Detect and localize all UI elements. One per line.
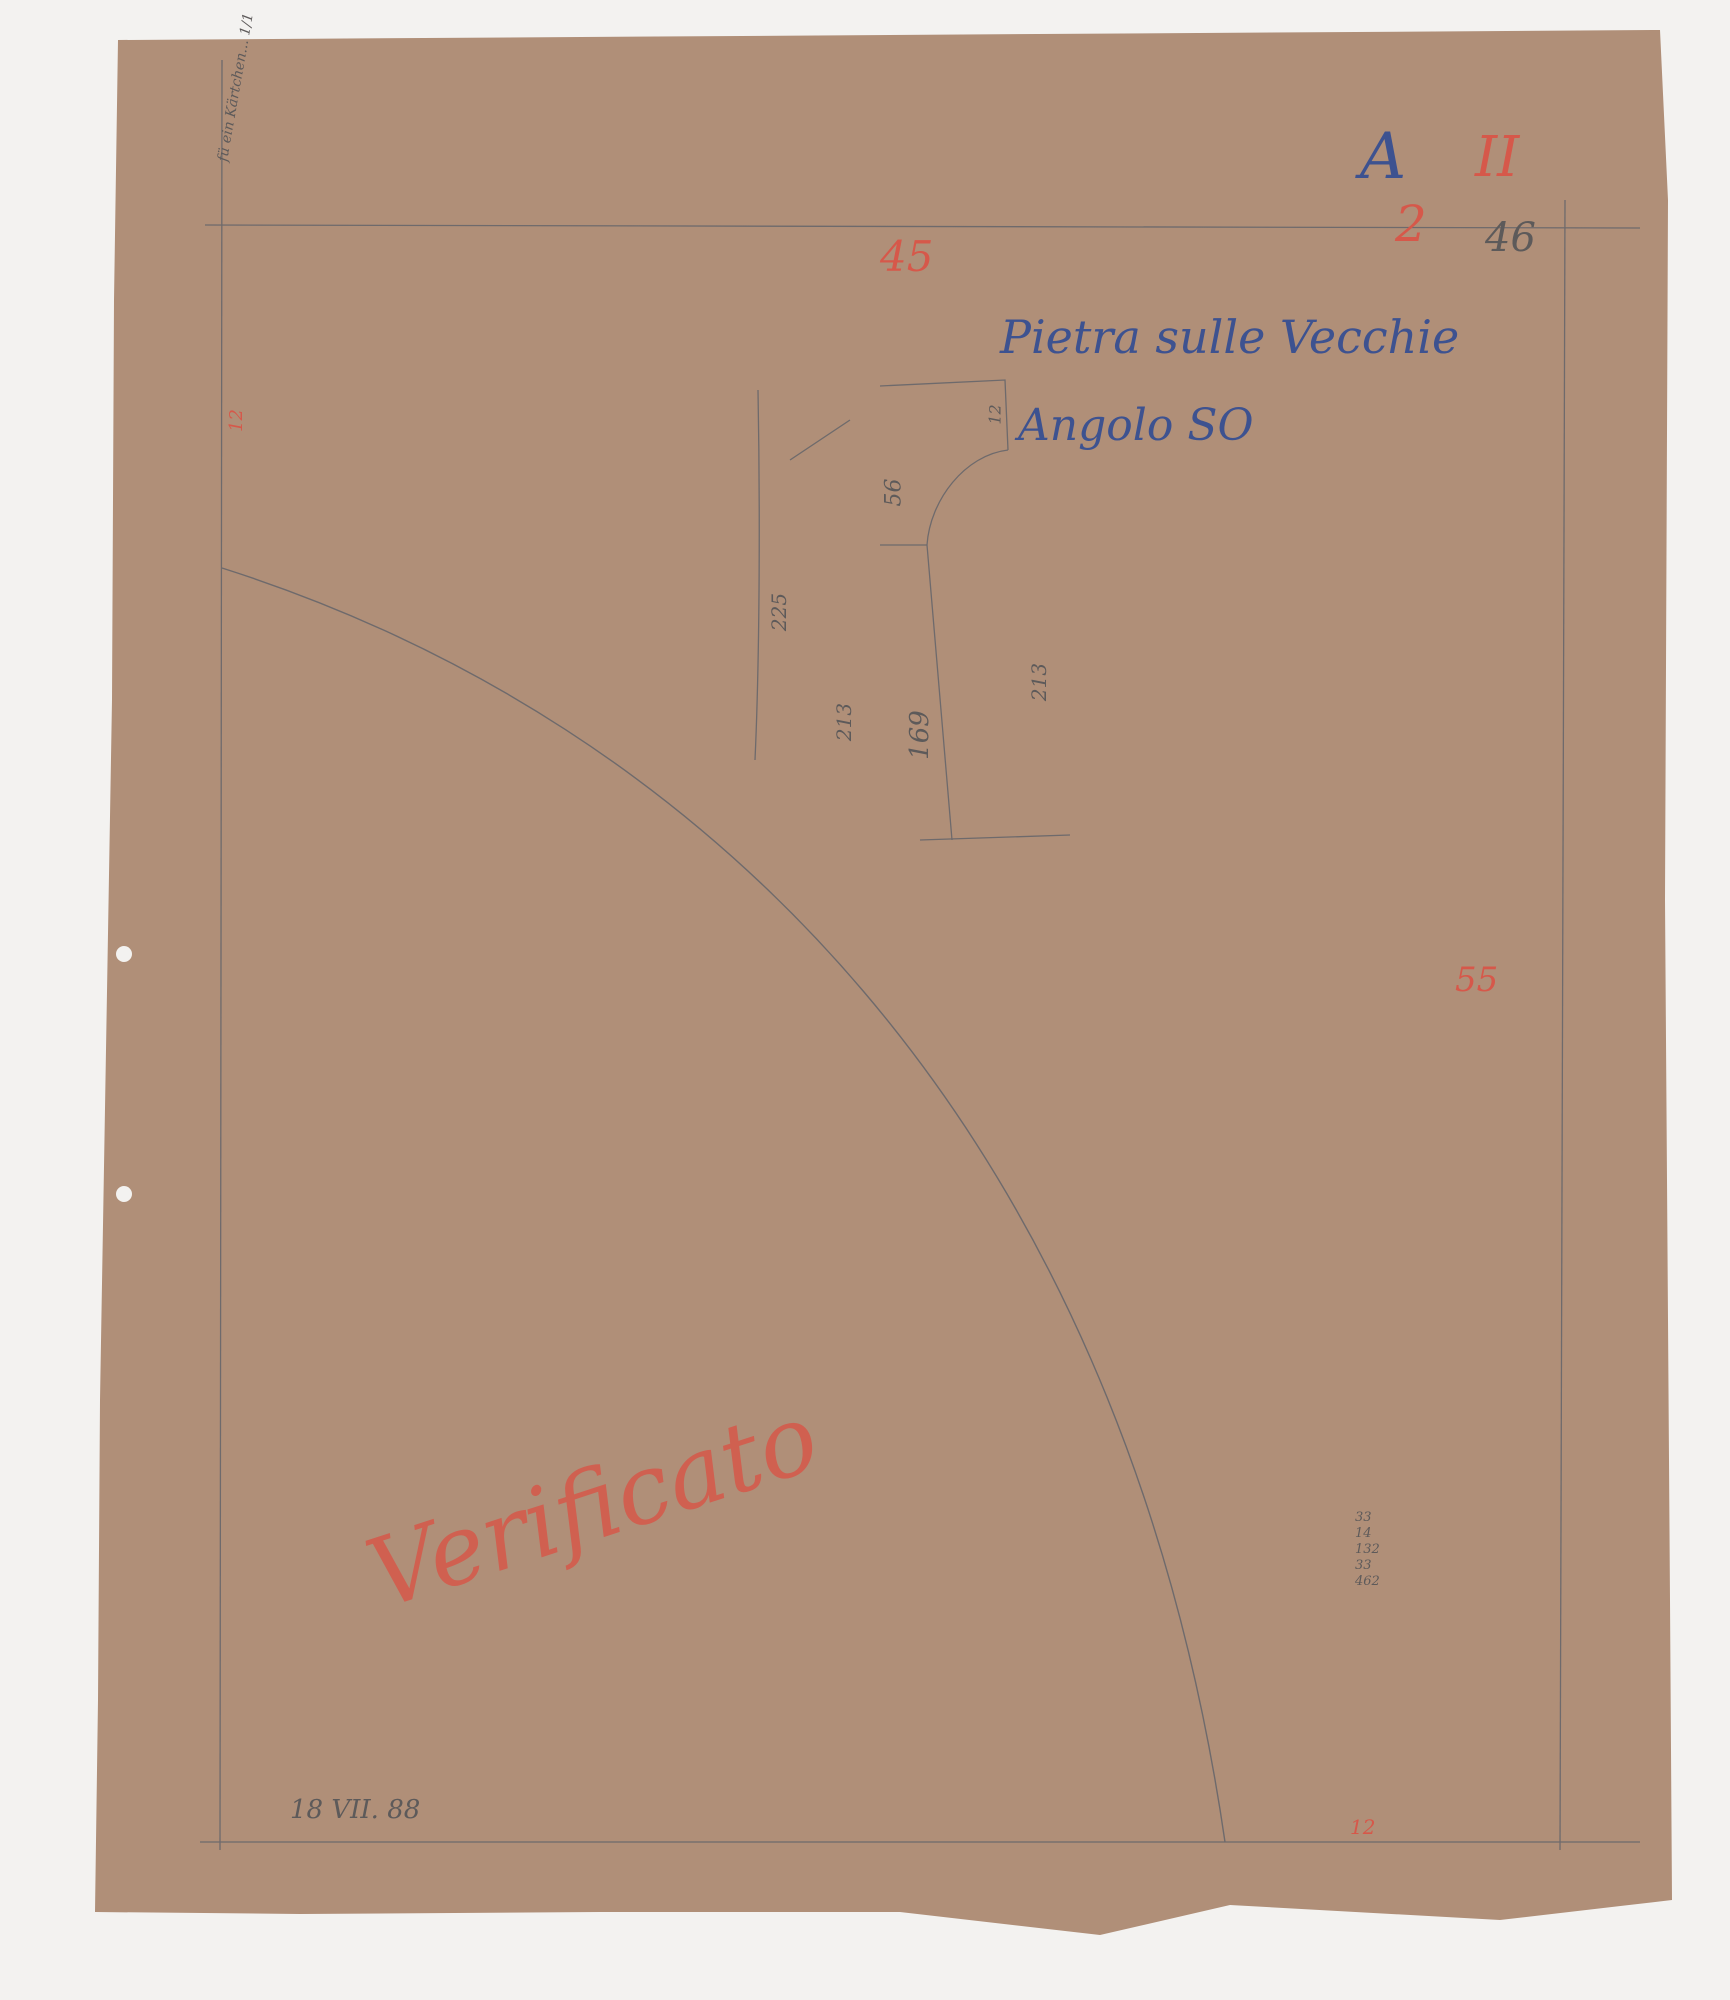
top-dimension: 45 <box>880 232 933 281</box>
calculation: 33 14 132 33 462 <box>1355 1510 1380 1590</box>
dim-curve-height: 56 <box>882 479 907 507</box>
bottom-dimension: 12 <box>1350 1815 1375 1839</box>
right-dimension: 55 <box>1455 960 1498 1000</box>
dim-left-height: 213 <box>832 703 856 741</box>
dim-outer-height: 225 <box>767 593 791 631</box>
calc-line: 462 <box>1355 1574 1380 1590</box>
header-letter: A <box>1360 120 1406 194</box>
dim-inner-height: 169 <box>905 710 935 760</box>
punch-hole-top <box>116 946 132 962</box>
calc-line: 33 <box>1355 1558 1380 1574</box>
dim-top-step: 12 <box>986 404 1005 424</box>
drawing-sheet: A II 2 46 45 Pietra sulle Vecchie Angolo… <box>0 0 1730 2000</box>
calc-line: 132 <box>1355 1542 1380 1558</box>
header-roman-numeral: II <box>1475 125 1519 190</box>
ref-code: 46 <box>1485 215 1536 261</box>
calc-line: 14 <box>1355 1526 1380 1542</box>
title-note-line1: Pietra sulle Vecchie <box>1000 310 1459 364</box>
sheet-number: 2 <box>1395 195 1427 253</box>
dim-right-height: 213 <box>1027 663 1051 701</box>
title-note-line2: Angolo SO <box>1018 400 1254 451</box>
date: 18 VII. 88 <box>290 1795 420 1825</box>
calc-line: 33 <box>1355 1510 1380 1526</box>
drawing-canvas <box>0 0 1730 2000</box>
left-dimension: 12 <box>226 409 247 432</box>
punch-hole-bottom <box>116 1186 132 1202</box>
